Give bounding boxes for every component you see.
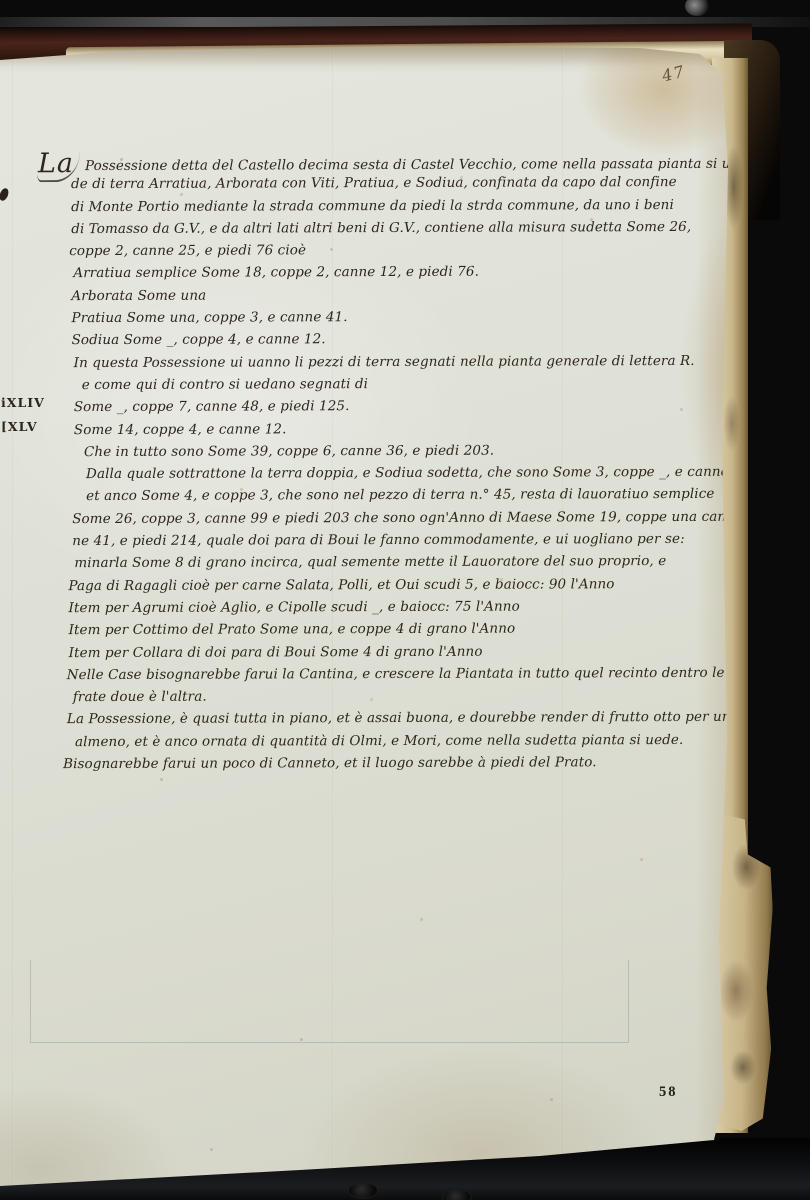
manuscript-line: Arborata Some una [71, 283, 721, 308]
manuscript-text-block: LaPossessione detta del Castello decima … [65, 149, 723, 776]
margin-numeral-xlv: [XLV [1, 419, 38, 434]
rig-screw [685, 0, 709, 16]
manuscript-line: Paga di Ragagli cioè per carne Salata, P… [68, 572, 722, 597]
manuscript-line: di Tomasso da G.V., e da altri lati altr… [71, 216, 721, 241]
calligraphic-initial: La [37, 148, 80, 182]
manuscript-line: de di terra Arratiua, Arborata con Viti,… [71, 171, 721, 196]
parchment-page: 47 58 iXLIV [XLV LaPossessione detta del… [0, 38, 748, 1198]
manuscript-line: Arratiua semplice Some 18, coppe 2, cann… [73, 260, 721, 285]
manuscript-line: Some 26, coppe 3, canne 99 e piedi 203 c… [72, 506, 722, 531]
manuscript-line: Bisognarebbe farui un poco di Canneto, e… [63, 751, 723, 776]
manuscript-line: Item per Agrumi cioè Aglio, e Cipolle sc… [68, 595, 722, 620]
manuscript-line: minarla Some 8 di grano incirca, qual se… [74, 550, 722, 575]
manuscript-line: Some 14, coppe 4, e canne 12. [74, 416, 722, 441]
rig-bolt [348, 1182, 378, 1199]
manuscript-line: Some _, coppe 7, canne 48, e piedi 125. [74, 394, 722, 419]
manuscript-line: Item per Collara di doi para di Boui Som… [69, 639, 723, 664]
manuscript-line: frate doue è l'altra. [73, 684, 723, 709]
manuscript-line: La Possessione, è quasi tutta in piano, … [67, 706, 723, 731]
page-crease [12, 38, 14, 1198]
manuscript-line: Dalla quale sottrattone la terra doppia,… [86, 461, 722, 486]
manuscript-line: Item per Cottimo del Prato Some una, e c… [69, 617, 723, 642]
manuscript-line: Sodiua Some _, coppe 4, e canne 12. [72, 327, 722, 352]
manuscript-line: Nelle Case bisognarebbe farui la Cantina… [67, 662, 723, 687]
manuscript-line: Che in tutto sono Some 39, coppe 6, cann… [84, 439, 722, 464]
manuscript-line: coppe 2, canne 25, e piedi 76 cioè [69, 238, 721, 263]
manuscript-line: LaPossessione detta del Castello decima … [37, 149, 721, 174]
manuscript-line: Pratiua Some una, coppe 3, e canne 41. [71, 305, 721, 330]
margin-numeral-xliv: iXLIV [1, 395, 45, 410]
manuscript-line: e come qui di contro si uedano segnati d… [82, 372, 722, 397]
ruled-frame-showthrough [30, 960, 629, 1043]
manuscript-line: In questa Possessione ui uanno li pezzi … [74, 350, 722, 375]
ink-blot [0, 187, 10, 202]
manuscript-photo: 47 58 iXLIV [XLV LaPossessione detta del… [0, 0, 810, 1200]
page-number-stamp: 58 [659, 1084, 678, 1101]
rig-bolt [442, 1189, 472, 1200]
manuscript-line: ne 41, e piedi 214, quale doi para di Bo… [72, 528, 722, 553]
manuscript-line: di Monte Portio mediante la strada commu… [71, 193, 721, 218]
manuscript-line: et anco Some 4, e coppe 3, che sono nel … [86, 483, 722, 508]
manuscript-line: almeno, et è anco ornata di quantità di … [75, 729, 723, 754]
